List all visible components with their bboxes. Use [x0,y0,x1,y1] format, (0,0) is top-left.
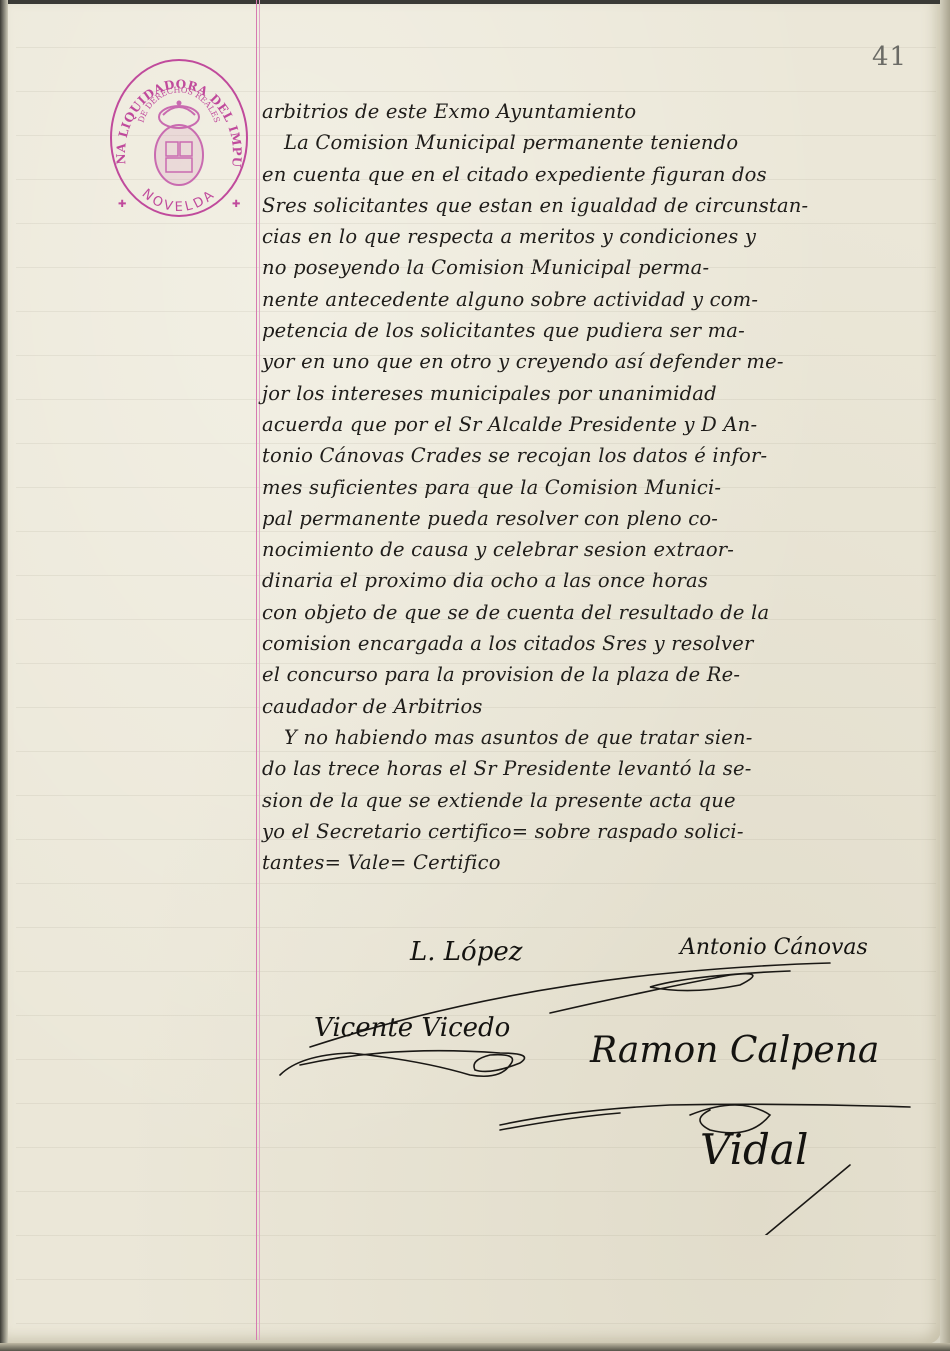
official-stamp-icon: OFICINA LIQUIDADORA DEL IMPUESTO DE DERE… [108,57,250,219]
signature-flourishes-icon [270,935,940,1235]
text-line: comision encargada a los citados Sres y … [262,628,932,659]
margin-rule [256,0,257,1340]
stamp-bottom-text: NOVELDA [139,186,219,215]
signature-block: L. López Antonio Cánovas Vicente Vicedo … [270,935,940,1235]
text-line: cias en lo que respecta a meritos y cond… [262,221,932,252]
signature-canovas: Antonio Cánovas [680,935,868,960]
text-line: dinaria el proximo dia ocho a las once h… [262,565,932,596]
text-line: petencia de los solicitantes que pudiera… [262,315,932,346]
text-line: yo el Secretario certifico= sobre raspad… [262,816,932,847]
text-line: nente antecedente alguno sobre actividad… [262,284,932,315]
text-line: no poseyendo la Comision Municipal perma… [262,252,932,283]
text-line: sion de la que se extiende la presente a… [262,785,932,816]
text-line: con objeto de que se de cuenta del resul… [262,597,932,628]
text-line: caudador de Arbitrios [262,691,932,722]
text-line: acuerda que por el Sr Alcalde Presidente… [262,409,932,440]
text-line: arbitrios de este Exmo Ayuntamiento [262,96,932,127]
text-line: Sres solicitantes que estan en igualdad … [262,190,932,221]
text-line: Y no habiendo mas asuntos de que tratar … [262,722,932,753]
signature-vidal: Vidal [700,1125,808,1174]
margin-rule-secondary [259,0,260,1340]
text-line: nocimiento de causa y celebrar sesion ex… [262,534,932,565]
text-line: tonio Cánovas Crades se recojan los dato… [262,440,932,471]
text-line: jor los intereses municipales por unanim… [262,378,932,409]
text-line: La Comision Municipal permanente teniend… [262,127,932,158]
signature-lopez: L. López [410,937,522,967]
page-bottom-edge [0,1343,950,1351]
page-number: 41 [872,42,907,72]
signature-calpena: Ramon Calpena [590,1030,879,1071]
page-right-edge [940,0,950,1351]
text-line: mes suficientes para que la Comision Mun… [262,472,932,503]
text-line: el concurso para la provision de la plaz… [262,659,932,690]
text-line: tantes= Vale= Certifico [262,847,932,878]
svg-text:✚: ✚ [232,199,240,210]
text-line: en cuenta que en el citado expediente fi… [262,159,932,190]
text-line: do las trece horas el Sr Presidente leva… [262,753,932,784]
svg-text:✚: ✚ [118,199,126,210]
book-binding-edge [0,0,8,1351]
handwritten-minutes: arbitrios de este Exmo Ayuntamiento La C… [262,96,932,878]
text-line: yor en uno que en otro y creyendo así de… [262,346,932,377]
text-line: pal permanente pueda resolver con pleno … [262,503,932,534]
svg-text:NOVELDA: NOVELDA [139,186,219,215]
signature-vicedo: Vicente Vicedo [314,1013,510,1043]
